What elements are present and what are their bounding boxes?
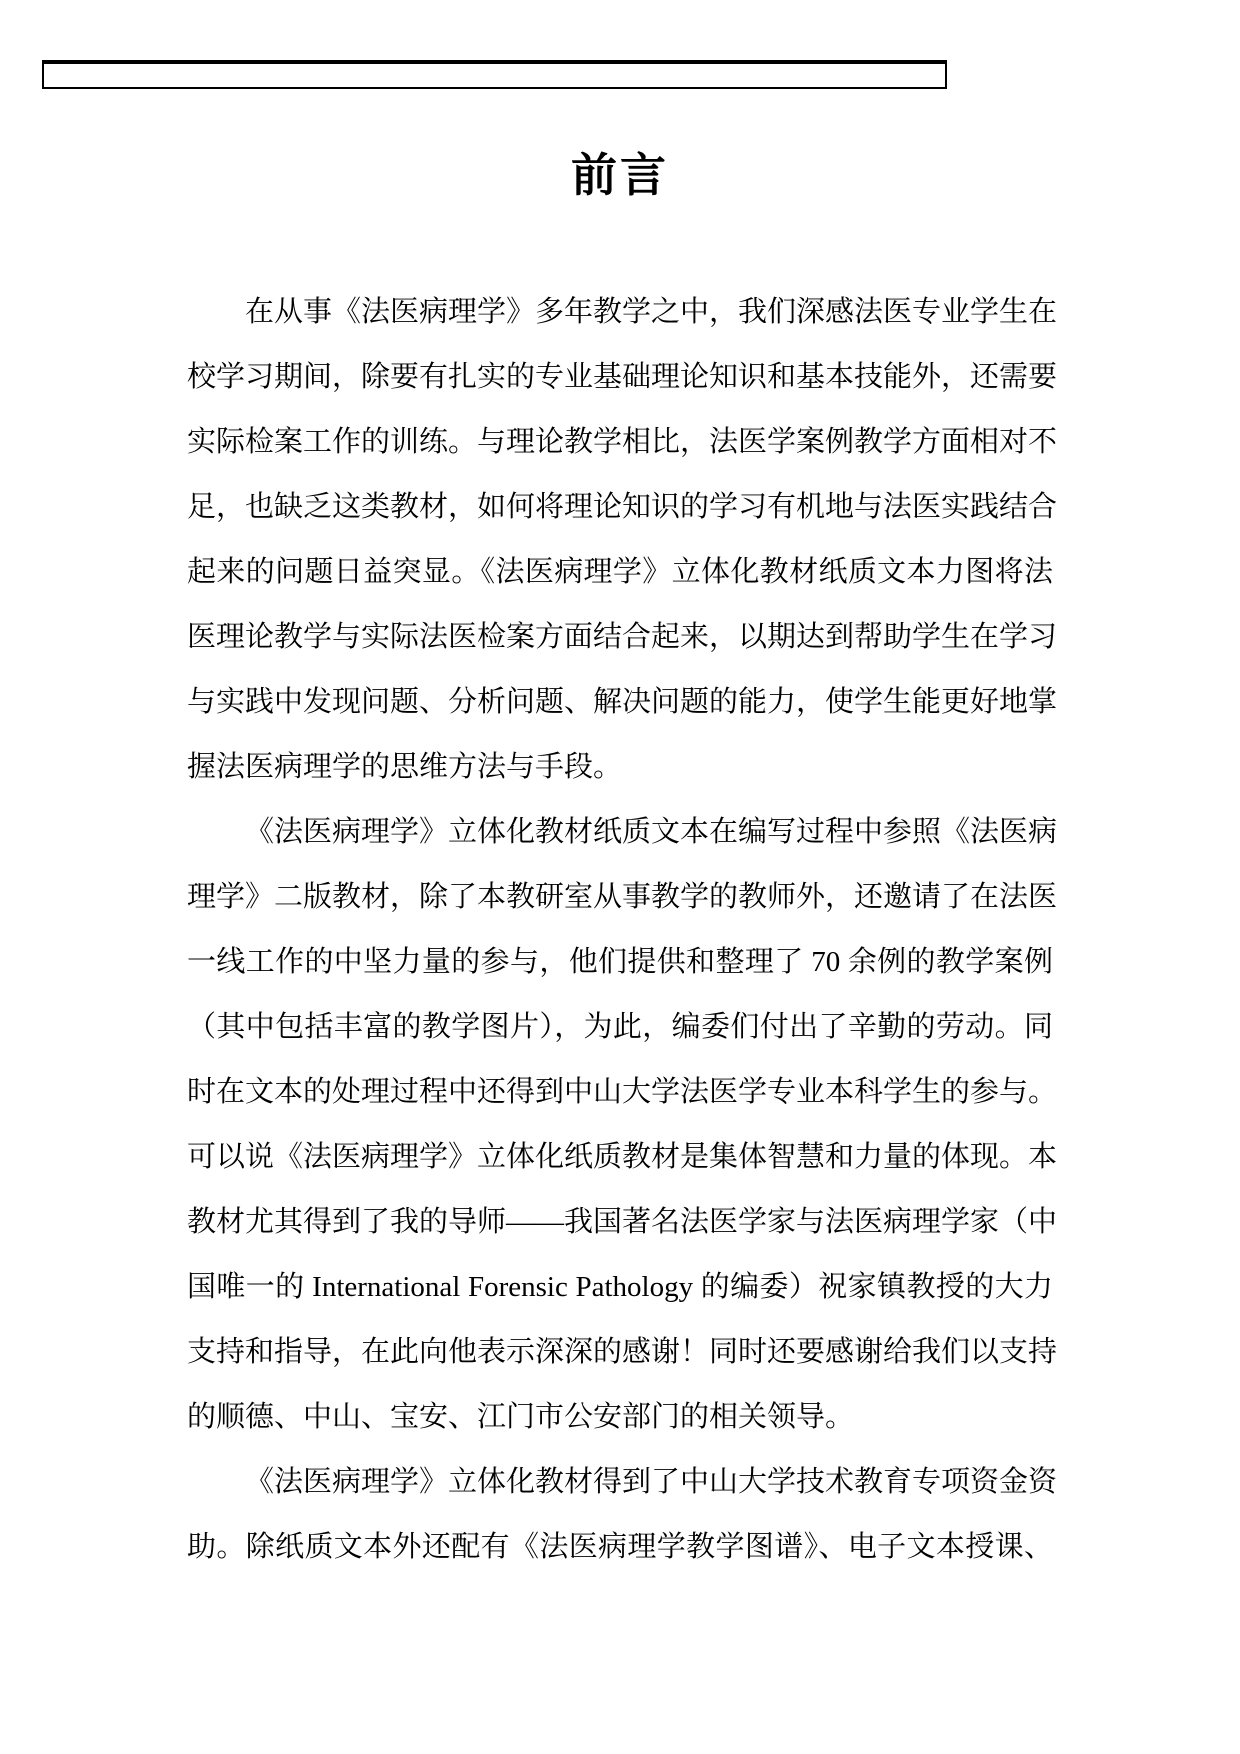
text-line: 《法医病理学》立体化教材纸质文本在编写过程中参照《法医病 [187, 800, 1053, 865]
text-line: 国唯一的 International Forensic Pathology 的编… [187, 1255, 1053, 1320]
paragraph: 《法医病理学》立体化教材得到了中山大学技术教育专项资金资 助。除纸质文本外还配有… [187, 1450, 1053, 1580]
text-line: 的顺德、中山、宝安、江门市公安部门的相关领导。 [187, 1385, 1053, 1450]
text-line: 可以说《法医病理学》立体化纸质教材是集体智慧和力量的体现。本 [187, 1125, 1053, 1190]
text-line: 握法医病理学的思维方法与手段。 [187, 735, 1053, 800]
header-box [42, 60, 947, 89]
text-line: 支持和指导，在此向他表示深深的感谢！同时还要感谢给我们以支持 [187, 1320, 1053, 1385]
paragraph: 在从事《法医病理学》多年教学之中，我们深感法医专业学生在 校学习期间，除要有扎实… [187, 280, 1053, 800]
text-line: 一线工作的中坚力量的参与，他们提供和整理了 70 余例的教学案例 [187, 930, 1053, 995]
text-line: 教材尤其得到了我的导师——我国著名法医学家与法医病理学家（中 [187, 1190, 1053, 1255]
text-line: 在从事《法医病理学》多年教学之中，我们深感法医专业学生在 [187, 280, 1053, 345]
text-line: 医理论教学与实际法医检案方面结合起来，以期达到帮助学生在学习 [187, 605, 1053, 670]
text-line: 与实践中发现问题、分析问题、解决问题的能力，使学生能更好地掌 [187, 670, 1053, 735]
body-text: 在从事《法医病理学》多年教学之中，我们深感法医专业学生在 校学习期间，除要有扎实… [187, 280, 1053, 1580]
document-page: 前言 在从事《法医病理学》多年教学之中，我们深感法医专业学生在 校学习期间，除要… [0, 0, 1240, 1754]
page-title: 前言 [187, 146, 1053, 206]
text-line: 起来的问题日益突显。《法医病理学》立体化教材纸质文本力图将法 [187, 540, 1053, 605]
text-line: 《法医病理学》立体化教材得到了中山大学技术教育专项资金资 [187, 1450, 1053, 1515]
text-line: 时在文本的处理过程中还得到中山大学法医学专业本科学生的参与。 [187, 1060, 1053, 1125]
text-line: 助。除纸质文本外还配有《法医病理学教学图谱》、电子文本授课、 [187, 1515, 1053, 1580]
text-line: 理学》二版教材，除了本教研室从事教学的教师外，还邀请了在法医 [187, 865, 1053, 930]
text-line: （其中包括丰富的教学图片），为此，编委们付出了辛勤的劳动。同 [187, 995, 1053, 1060]
text-line: 校学习期间，除要有扎实的专业基础理论知识和基本技能外，还需要 [187, 345, 1053, 410]
text-line: 实际检案工作的训练。与理论教学相比，法医学案例教学方面相对不 [187, 410, 1053, 475]
paragraph: 《法医病理学》立体化教材纸质文本在编写过程中参照《法医病 理学》二版教材，除了本… [187, 800, 1053, 1450]
text-line: 足，也缺乏这类教材，如何将理论知识的学习有机地与法医实践结合 [187, 475, 1053, 540]
